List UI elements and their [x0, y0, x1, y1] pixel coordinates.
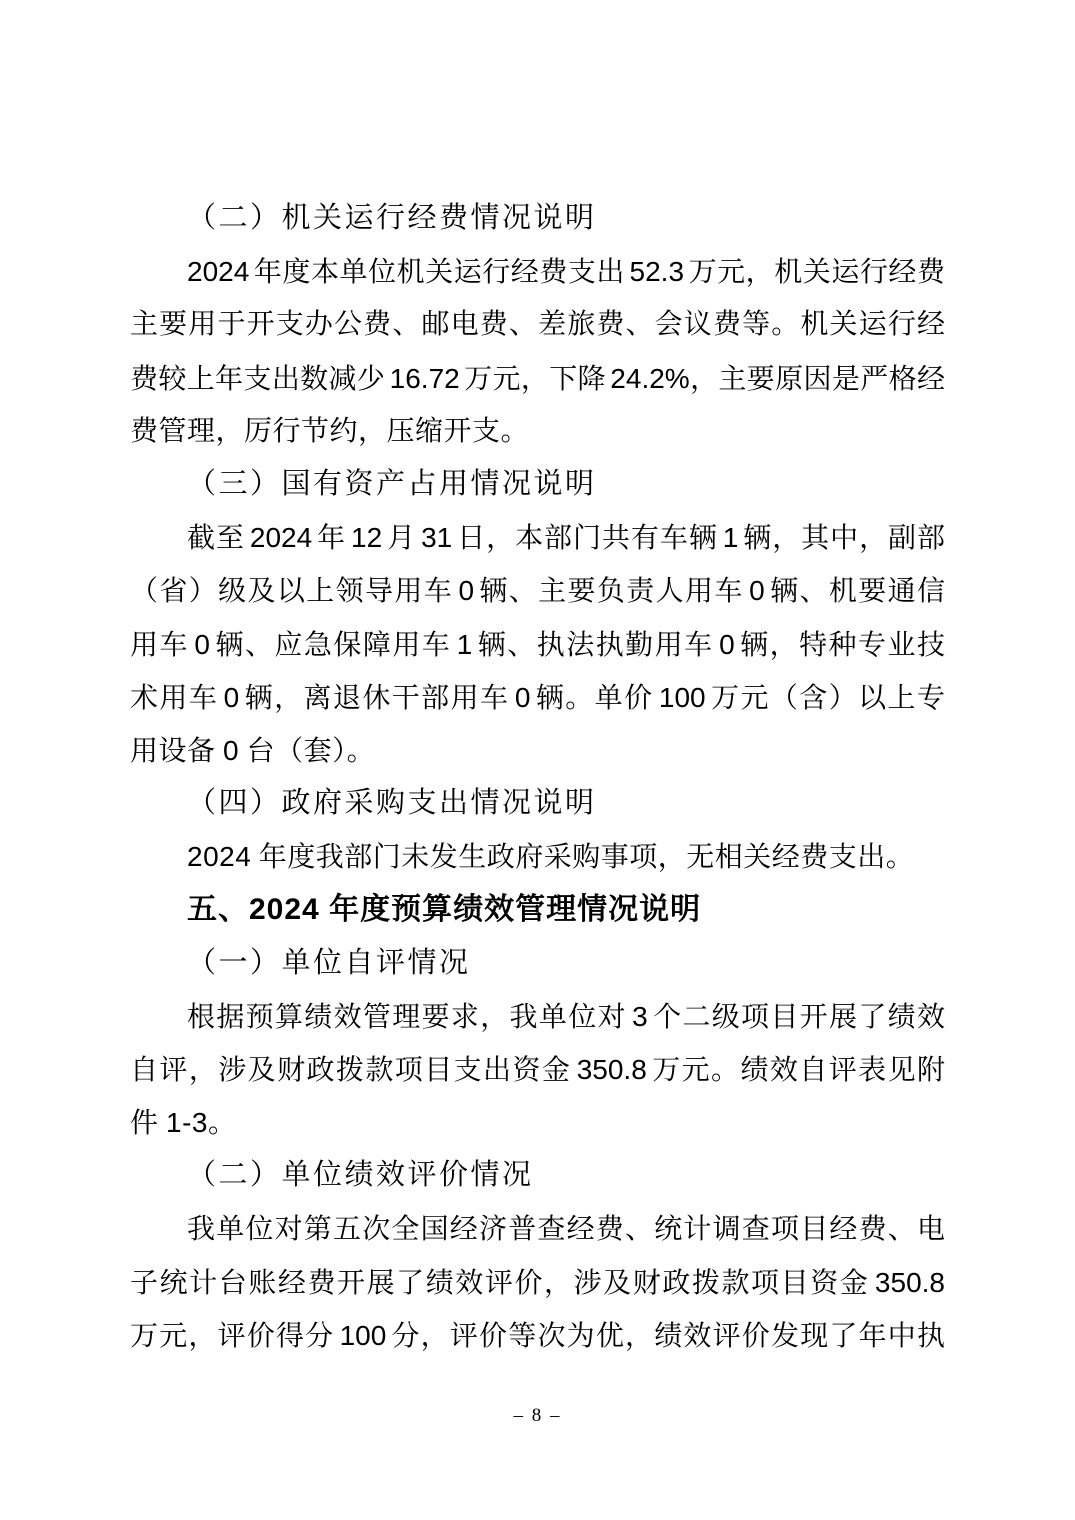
number-segment: 2024 — [187, 841, 251, 872]
para-self-evaluation-line-3: 件 1-3。 — [130, 1096, 945, 1149]
text-segment: 台（套）。 — [239, 736, 375, 767]
text-segment: （二）单位绩效评价情况 — [187, 1159, 534, 1191]
text-segment: 用车 — [130, 630, 194, 661]
number-segment: 2024 — [250, 522, 312, 553]
number-segment: 12 — [351, 522, 382, 553]
para-operating-expenses-line-1: 2024 年度本单位机关运行经费支出 52.3 万元，机关运行经费 — [130, 245, 945, 298]
heading-section-4-procurement: （四）政府采购支出情况说明 — [130, 777, 945, 830]
text-segment: 子统计台账经费开展了绩效评价，涉及财政拨款项目资金 — [130, 1268, 875, 1299]
text-segment: 万元。绩效自评表见附 — [647, 1055, 945, 1086]
number-segment: 16.72 — [390, 363, 460, 394]
text-segment: 自评，涉及财政拨款项目支出资金 — [130, 1055, 577, 1086]
number-segment: 100 — [340, 1320, 387, 1351]
para-state-assets-line-3: 用车 0 辆、应急保障用车 1 辆、执法执勤用车 0 辆，特种专业技 — [130, 618, 945, 671]
number-segment: 2024 — [187, 256, 249, 287]
text-segment: （一）单位自评情况 — [187, 947, 471, 979]
text-segment: 分，评价等次为优，绩效评价发现了年中执 — [386, 1321, 945, 1352]
text-segment: 辆、机要通信 — [765, 576, 945, 607]
heading-section-2-org-operating-expenses: （二）机关运行经费情况说明 — [130, 192, 945, 245]
heading-section-5-budget-performance: 五、2024 年度预算绩效管理情况说明 — [130, 883, 945, 936]
text-segment: 。 — [208, 1108, 237, 1139]
text-segment: 辆，离退休干部用车 — [239, 683, 515, 714]
document-page: （二）机关运行经费情况说明2024 年度本单位机关运行经费支出 52.3 万元，… — [0, 0, 1075, 1520]
text-segment: 个二级项目开展了绩效 — [648, 1002, 945, 1033]
text-segment: ，主要原因是严格经 — [690, 364, 945, 395]
text-segment: 年度预算绩效管理情况说明 — [320, 893, 701, 926]
text-segment: 辆。单价 — [530, 683, 659, 714]
text-segment: （三）国有资产占用情况说明 — [187, 468, 597, 500]
number-segment: 24.2% — [610, 363, 689, 394]
text-segment: 术用车 — [130, 683, 224, 714]
heading-5-2-performance-evaluation: （二）单位绩效评价情况 — [130, 1149, 945, 1202]
text-segment: 费管理，厉行节约，压缩开支。 — [130, 416, 529, 447]
text-segment: 五、 — [187, 893, 249, 926]
text-segment: 用设备 — [130, 736, 223, 767]
para-operating-expenses-line-2: 主要用于开支办公费、邮电费、差旅费、会议费等。机关运行经 — [130, 298, 945, 351]
text-segment: 辆、应急保障用车 — [210, 630, 457, 661]
text-segment: 根据预算绩效管理要求，我单位对 — [187, 1002, 632, 1033]
number-segment: 0 — [515, 682, 531, 713]
para-self-evaluation-line-2: 自评，涉及财政拨款项目支出资金 350.8 万元。绩效自评表见附 — [130, 1043, 945, 1096]
text-segment: 件 — [130, 1108, 166, 1139]
text-segment: （省）级及以上领导用车 — [130, 576, 458, 607]
text-segment: 辆，特种专业技 — [735, 630, 945, 661]
text-segment: 年度我部门未发生政府采购事项，无相关经费支出。 — [251, 842, 914, 873]
text-segment: （二）机关运行经费情况说明 — [187, 202, 597, 234]
heading-5-1-self-evaluation: （一）单位自评情况 — [130, 937, 945, 990]
number-segment: 1-3 — [166, 1107, 208, 1138]
number-segment: 350.8 — [577, 1054, 647, 1085]
text-segment: 年度本单位机关运行经费支出 — [249, 257, 629, 288]
number-segment: 0 — [194, 629, 210, 660]
para-state-assets-line-2: （省）级及以上领导用车 0 辆、主要负责人用车 0 辆、机要通信 — [130, 564, 945, 617]
text-segment: 费较上年支出数减少 — [130, 364, 390, 395]
text-segment: 辆、执法执勤用车 — [472, 630, 719, 661]
para-performance-evaluation-line-3: 万元，评价得分 100 分，评价等次为优，绩效评价发现了年中执 — [130, 1309, 945, 1362]
number-segment: 0 — [719, 629, 735, 660]
number-segment: 52.3 — [630, 256, 685, 287]
text-segment: 万元，机关运行经费 — [684, 257, 945, 288]
text-segment: 辆、主要负责人用车 — [474, 576, 749, 607]
page-number: – 8 – — [0, 1401, 1075, 1431]
number-segment: 0 — [749, 575, 765, 606]
para-state-assets-line-1: 截至 2024 年 12 月 31 日，本部门共有车辆 1 辆，其中，副部 — [130, 511, 945, 564]
number-segment: 1 — [457, 629, 473, 660]
para-self-evaluation-line-1: 根据预算绩效管理要求，我单位对 3 个二级项目开展了绩效 — [130, 990, 945, 1043]
para-performance-evaluation-line-1: 我单位对第五次全国经济普查经费、统计调查项目经费、电 — [130, 1203, 945, 1256]
number-segment: 350.8 — [875, 1267, 945, 1298]
text-segment: 万元，评价得分 — [130, 1321, 340, 1352]
number-segment: 0 — [224, 682, 240, 713]
text-segment: 我单位对第五次全国经济普查经费、统计调查项目经费、电 — [187, 1214, 945, 1245]
para-procurement-line-1: 2024 年度我部门未发生政府采购事项，无相关经费支出。 — [130, 830, 945, 883]
number-segment: 2024 — [249, 893, 320, 926]
para-state-assets-line-4: 术用车 0 辆，离退休干部用车 0 辆。单价 100 万元（含）以上专 — [130, 671, 945, 724]
para-operating-expenses-line-3: 费较上年支出数减少 16.72 万元，下降 24.2%，主要原因是严格经 — [130, 352, 945, 405]
text-segment: 日，本部门共有车辆 — [452, 523, 723, 554]
number-segment: 100 — [659, 682, 706, 713]
text-segment: 辆，其中，副部 — [738, 523, 945, 554]
text-segment: （四）政府采购支出情况说明 — [187, 787, 597, 819]
para-operating-expenses-line-4: 费管理，厉行节约，压缩开支。 — [130, 405, 945, 458]
para-performance-evaluation-line-2: 子统计台账经费开展了绩效评价，涉及财政拨款项目资金 350.8 — [130, 1256, 945, 1309]
number-segment: 31 — [421, 522, 452, 553]
text-segment: 主要用于开支办公费、邮电费、差旅费、会议费等。机关运行经 — [130, 309, 945, 340]
para-state-assets-line-5: 用设备 0 台（套）。 — [130, 724, 945, 777]
text-segment: 截至 — [187, 523, 250, 554]
text-segment: 万元（含）以上专 — [706, 683, 945, 714]
document-text-block: （二）机关运行经费情况说明2024 年度本单位机关运行经费支出 52.3 万元，… — [130, 192, 945, 1362]
number-segment: 1 — [723, 522, 739, 553]
number-segment: 0 — [458, 575, 474, 606]
number-segment: 0 — [223, 735, 239, 766]
text-segment: 年 — [312, 523, 351, 554]
number-segment: 3 — [632, 1001, 648, 1032]
text-segment: 万元，下降 — [460, 364, 611, 395]
text-segment: 月 — [382, 523, 421, 554]
heading-section-3-state-assets: （三）国有资产占用情况说明 — [130, 458, 945, 511]
